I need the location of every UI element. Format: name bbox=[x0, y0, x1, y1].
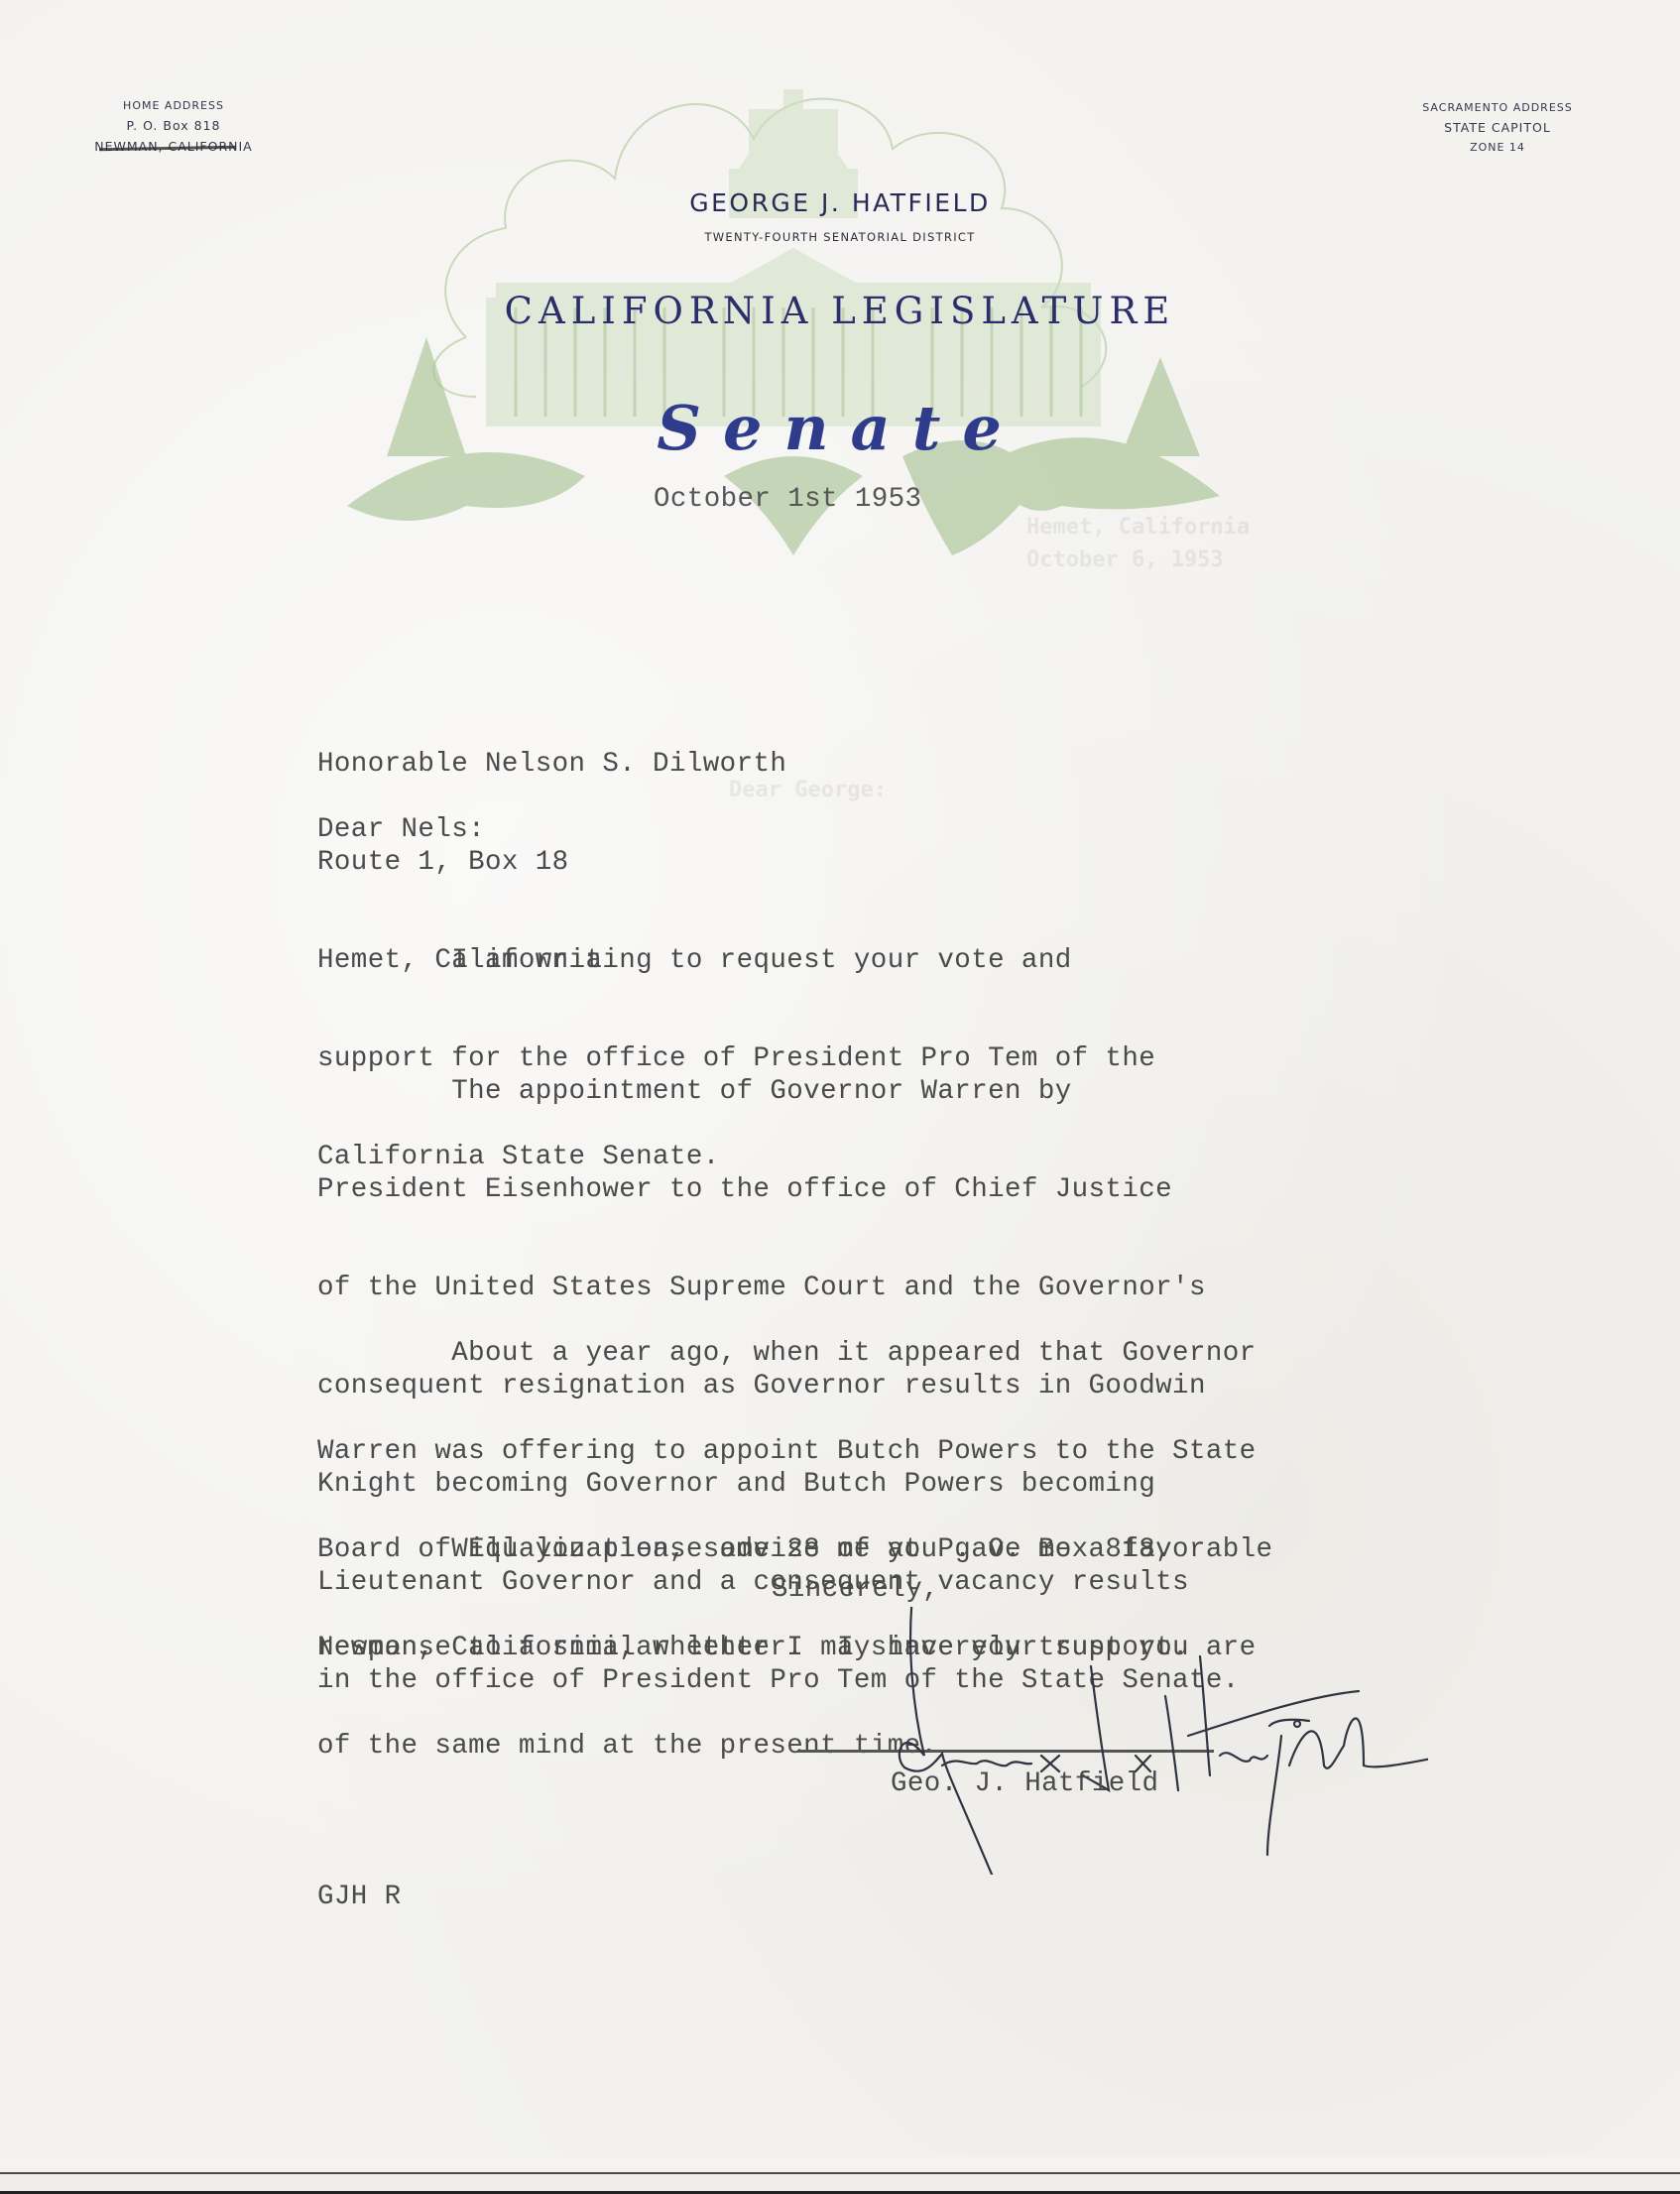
paragraph-line: Will you please advise me at P. O. Box 8… bbox=[317, 1533, 1189, 1566]
sacramento-address-block: SACRAMENTO ADDRESS STATE CAPITOL ZONE 14 bbox=[1383, 101, 1612, 154]
home-address-label: HOME ADDRESS bbox=[69, 99, 278, 112]
letter-date: October 1st 1953 bbox=[654, 483, 921, 516]
sacramento-address-line2: ZONE 14 bbox=[1383, 141, 1612, 154]
senator-name: GEORGE J. HATFIELD bbox=[0, 188, 1680, 217]
paragraph-line: About a year ago, when it appeared that … bbox=[317, 1337, 1272, 1370]
legislature-title: CALIFORNIA LEGISLATURE bbox=[0, 290, 1680, 332]
typed-signature-name: Geo. J. Hatfield bbox=[891, 1767, 1158, 1800]
handwritten-signature bbox=[793, 1607, 1428, 1875]
home-address-block: HOME ADDRESS P. O. Box 818 NEWMAN, CALIF… bbox=[69, 99, 278, 154]
reference-initials: GJH R bbox=[317, 1881, 402, 1913]
bleed-through-line: October 6, 1953 bbox=[1026, 544, 1224, 576]
recipient-line: Route 1, Box 18 bbox=[317, 846, 786, 879]
home-address-line2: NEWMAN, CALIFORNIA bbox=[69, 139, 278, 154]
senatorial-district: TWENTY-FOURTH SENATORIAL DISTRICT bbox=[0, 230, 1680, 244]
chamber-title: Senate bbox=[0, 392, 1680, 464]
paragraph-line: The appointment of Governor Warren by bbox=[317, 1075, 1240, 1108]
paragraph-line: I am writing to request your vote and bbox=[317, 944, 1155, 977]
sacramento-address-label: SACRAMENTO ADDRESS bbox=[1383, 101, 1612, 114]
paragraph-line: President Eisenhower to the office of Ch… bbox=[317, 1173, 1240, 1206]
scan-background bbox=[0, 2174, 1680, 2194]
recipient-line: Honorable Nelson S. Dilworth bbox=[317, 748, 786, 781]
paragraph-line: Warren was offering to appoint Butch Pow… bbox=[317, 1435, 1272, 1468]
sacramento-address-line1: STATE CAPITOL bbox=[1383, 120, 1612, 135]
bleed-through-line: Hemet, California bbox=[1026, 511, 1250, 544]
home-address-line1: P. O. Box 818 bbox=[69, 118, 278, 133]
salutation: Dear Nels: bbox=[317, 813, 485, 846]
closing: Sincerely, bbox=[772, 1573, 939, 1606]
